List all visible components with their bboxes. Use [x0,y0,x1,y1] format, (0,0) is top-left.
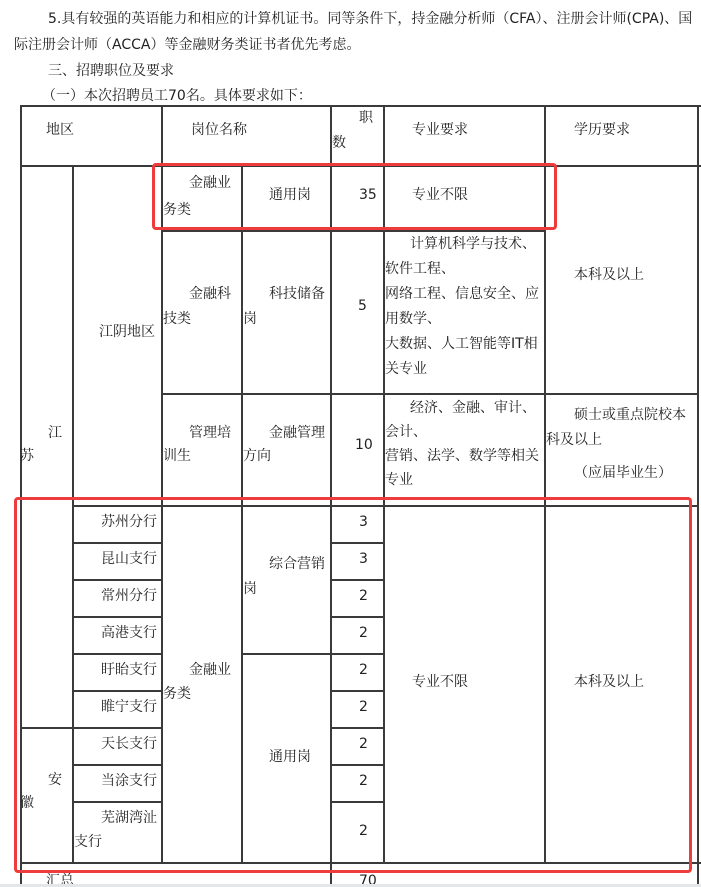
row2-major-line6: 关专业 [385,357,427,381]
branch-suining-count: 2 [359,695,368,719]
branch-wuhu-a: 芜湖湾沚 [101,806,157,830]
row2-category-a: 金融科 [189,282,231,306]
header-region: 地区 [46,118,74,142]
row1-major: 专业不限 [412,183,468,207]
branch-gaogang: 高港支行 [101,621,157,645]
branch-suzhou: 苏州分行 [101,510,157,534]
row1-category-b: 务类 [163,198,191,222]
branch-tianchang-count: 2 [359,732,368,756]
province-jiangsu-b: 苏 [20,444,34,468]
branch-dangtu: 当涂支行 [101,769,157,793]
branch-tianchang: 天长支行 [101,732,157,756]
row2-major-line3: 网络工程、信息安全、应 [385,282,539,306]
row3-major-line3: 营销、法学、数学等相关 [385,444,539,468]
province-anhui-b: 徽 [20,791,34,815]
branch-wuhu-count: 2 [359,819,368,843]
branch-wuhu-b: 支行 [74,830,102,854]
row2-count: 5 [358,294,367,318]
row3-major-line1: 经济、金融、审计、 [410,396,536,420]
header-major: 专业要求 [412,118,468,142]
header-education: 学历要求 [574,118,630,142]
branch-suzhou-count: 3 [359,510,368,534]
subsection-title: （一）本次招聘员工70名。具体要求如下： [42,86,312,106]
row1-category-a: 金融业 [189,171,231,195]
branch-position1-b: 岗 [243,577,257,601]
branch-xuyi: 盱眙支行 [101,658,157,682]
branch-gaogang-count: 2 [359,621,368,645]
branch-major: 专业不限 [412,670,468,694]
row2-education: 本科及以上 [574,263,644,287]
row3-position-b: 方向 [243,444,271,468]
header-position-name: 岗位名称 [191,118,247,142]
row2-major-line4: 用数学、 [385,307,441,331]
branch-changzhou: 常州分行 [101,584,157,608]
row2-major-line1: 计算机科学与技术、 [410,232,536,256]
province-anhui-a: 安 [48,768,62,792]
row2-position-b: 岗 [243,307,257,331]
row2-major-line5: 大数据、人工智能等IT相 [385,332,538,356]
branch-suining: 睢宁支行 [101,695,157,719]
row3-education-line2: 科及以上 [546,428,602,452]
row1-count: 35 [359,183,377,207]
row3-education-line3: （应届毕业生） [574,461,672,485]
row1-position: 通用岗 [269,183,311,207]
branch-category-b: 务类 [163,682,191,706]
header-count-bottom: 数 [332,131,346,155]
province-jiangsu-a: 江 [48,421,62,445]
row2-position-a: 科技储备 [269,282,325,306]
branch-position1-a: 综合营销 [269,552,325,576]
intro-line-1: 5.具有较强的英语能力和相应的计算机证书。同等条件下，持金融分析师（CFA）、注… [48,9,692,29]
row3-count: 10 [355,433,373,457]
header-count-top: 职 [359,106,373,130]
branch-kunshan: 昆山支行 [101,547,157,571]
branch-education: 本科及以上 [574,670,644,694]
row3-category-b: 训生 [163,444,191,468]
row3-education-line1: 硕士或重点院校本 [574,403,686,427]
branch-category-a: 金融业 [189,658,231,682]
branch-position2: 通用岗 [269,745,311,769]
row3-position-a: 金融管理 [269,421,325,445]
row3-category-a: 管理培 [189,421,231,445]
branch-xuyi-count: 2 [359,658,368,682]
section-title: 三、招聘职位及要求 [48,61,174,81]
area-jiangyin: 江阴地区 [99,320,155,344]
branch-dangtu-count: 2 [359,769,368,793]
branch-changzhou-count: 2 [359,584,368,608]
row3-major-line4: 专业 [385,468,413,492]
row2-category-b: 技类 [163,307,191,331]
row3-major-line2: 会计、 [385,420,427,444]
branch-kunshan-count: 3 [359,547,368,571]
intro-line-2: 际注册会计师（ACCA）等金融财务类证书者优先考虑。 [14,35,360,55]
row2-major-line2: 软件工程、 [385,257,455,281]
